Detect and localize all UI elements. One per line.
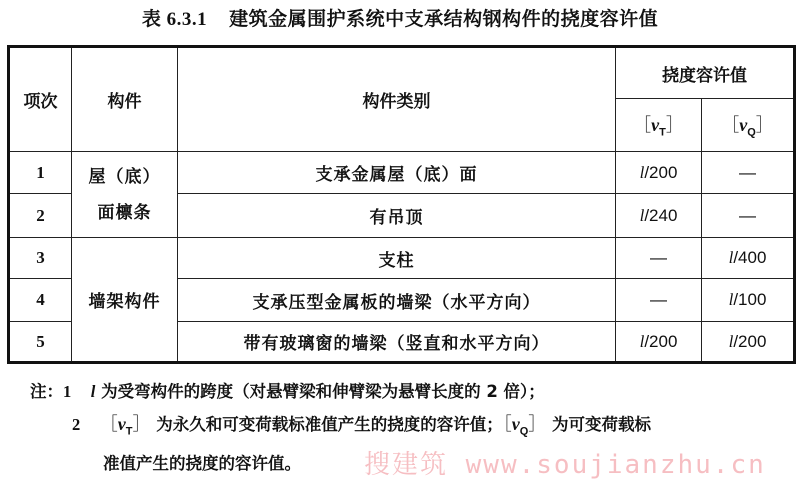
row-vT: —: [616, 279, 702, 322]
note-1: 注：1 l 为受弯构件的跨度（对悬臂梁和伸臂梁为悬臂长度的 2 倍）；: [30, 376, 800, 408]
row-index: 1: [9, 152, 72, 194]
row-index: 5: [9, 322, 72, 363]
group-roof-purlin: 屋（底） 面檩条: [72, 152, 178, 238]
header-deflection-group: 挠度容许值: [616, 47, 795, 99]
table-title-text: 建筑金属围护系统中支承结构钢构件的挠度容许值: [229, 8, 658, 30]
row-index: 2: [9, 194, 72, 238]
row-vQ: l/200: [702, 322, 795, 363]
row-vT: l/200: [616, 152, 702, 194]
row-vQ: l/100: [702, 279, 795, 322]
header-index: 项次: [9, 47, 72, 152]
row-vT: l/240: [616, 194, 702, 238]
nu-T-symbol: νT: [651, 115, 666, 135]
row-vT: l/200: [616, 322, 702, 363]
table-row: 1 屋（底） 面檩条 支承金属屋（底）面 l/200 —: [9, 152, 795, 194]
row-index: 4: [9, 279, 72, 322]
row-vQ: l/400: [702, 238, 795, 279]
row-index: 3: [9, 238, 72, 279]
nu-T-symbol: νT: [118, 414, 133, 434]
table-title: 表 6.3.1建筑金属围护系统中支承结构钢构件的挠度容许值: [0, 4, 800, 31]
row-category: 支承压型金属板的墙梁（水平方向）: [178, 279, 616, 322]
nu-Q-symbol: νQ: [739, 115, 756, 135]
watermark: 搜建筑 www.soujianzhu.cn: [364, 444, 766, 481]
row-category: 支柱: [178, 238, 616, 279]
group-wall-frame: 墙架构件: [72, 238, 178, 363]
header-component: 构件: [72, 47, 178, 152]
row-category: 带有玻璃窗的墙梁（竖直和水平方向）: [178, 322, 616, 363]
table-number: 表 6.3.1: [142, 9, 207, 30]
row-category: 支承金属屋（底）面: [178, 152, 616, 194]
row-category: 有吊顶: [178, 194, 616, 238]
header-vQ: ［νQ］: [702, 99, 795, 152]
header-vT: ［νT］: [616, 99, 702, 152]
nu-Q-symbol: νQ: [512, 414, 529, 434]
notes-prefix: 注：: [30, 382, 63, 401]
deflection-table: 项次 构件 构件类别 挠度容许值 ［νT］ ［νQ］ 1 屋（底） 面檩条 支承…: [7, 45, 796, 364]
row-vQ: —: [702, 194, 795, 238]
row-vT: —: [616, 238, 702, 279]
table-row: 3 墙架构件 支柱 — l/400: [9, 238, 795, 279]
row-vQ: —: [702, 152, 795, 194]
header-category: 构件类别: [178, 47, 616, 152]
note-2: 2 ［νT］ 为永久和可变荷载标准值产生的挠度的容许值；［νQ］ 为可变荷载标: [30, 408, 800, 448]
